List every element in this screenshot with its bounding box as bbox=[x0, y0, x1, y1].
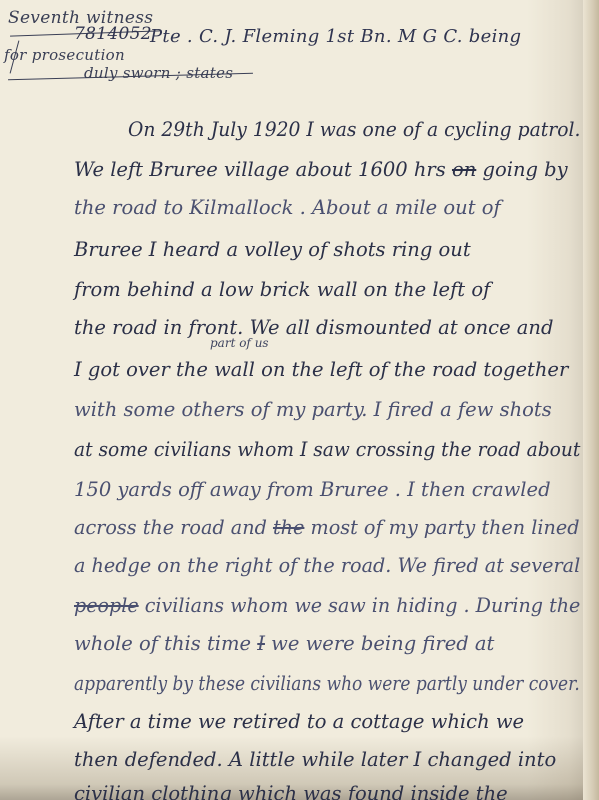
statement-line-5: from behind a low brick wall on the left… bbox=[74, 278, 490, 301]
statement-line-10: 150 yards off away from Bruree . I then … bbox=[74, 478, 551, 501]
statement-line-11: across the road and the most of my party… bbox=[74, 516, 579, 539]
statement-line-1: On 29th July 1920 I was one of a cycling… bbox=[128, 118, 580, 141]
statement-text: we were being fired at bbox=[265, 632, 494, 655]
statement-text: whole of this time bbox=[74, 632, 257, 655]
statement-line-4: Bruree I heard a volley of shots ring ou… bbox=[74, 238, 471, 261]
statement-line-2: We left Bruree village about 1600 hrs on… bbox=[74, 158, 568, 181]
statement-text: going by bbox=[476, 158, 567, 181]
statement-line-9: at some civilians whom I saw crossing th… bbox=[74, 438, 580, 461]
struck-word: the bbox=[273, 516, 304, 539]
statement-text: civilians whom we saw in hiding . During… bbox=[139, 594, 581, 617]
statement-line-8: with some others of my party. I fired a … bbox=[74, 398, 552, 421]
statement-line-14: whole of this time I we were being fired… bbox=[74, 632, 494, 655]
statement-line-16: After a time we retired to a cottage whi… bbox=[74, 710, 524, 733]
statement-text: most of my party then lined bbox=[304, 516, 579, 539]
statement-text: across the road and bbox=[74, 516, 273, 539]
statement-line-15: apparently by these civilians who were p… bbox=[74, 672, 580, 695]
statement-line-18: civilian clothing which was found inside… bbox=[74, 782, 508, 800]
prosecution-note: for prosecution bbox=[4, 46, 125, 64]
document-page: Seventh witness 7814052 Pte . C. J. Flem… bbox=[0, 0, 599, 800]
statement-line-12: a hedge on the right of the road. We fir… bbox=[74, 554, 580, 577]
statement-line-6: the road in front. We all dismounted at … bbox=[74, 316, 553, 339]
struck-word: I bbox=[257, 632, 265, 655]
struck-word: on bbox=[452, 158, 476, 181]
page-edge-shadow bbox=[583, 0, 599, 800]
service-number: 7814052 bbox=[74, 24, 152, 44]
statement-line-13: people civilians whom we saw in hiding .… bbox=[74, 594, 580, 617]
witness-name-line: Pte . C. J. Fleming 1st Bn. M G C. being bbox=[150, 26, 521, 47]
statement-text: We left Bruree village about 1600 hrs bbox=[74, 158, 452, 181]
statement-line-7: I got over the wall on the left of the r… bbox=[74, 358, 568, 381]
struck-word: people bbox=[74, 594, 139, 617]
interlinear-insert: part of us bbox=[210, 336, 269, 350]
statement-line-17: then defended. A little while later I ch… bbox=[74, 748, 556, 771]
statement-line-3: the road to Kilmallock . About a mile ou… bbox=[74, 196, 501, 219]
